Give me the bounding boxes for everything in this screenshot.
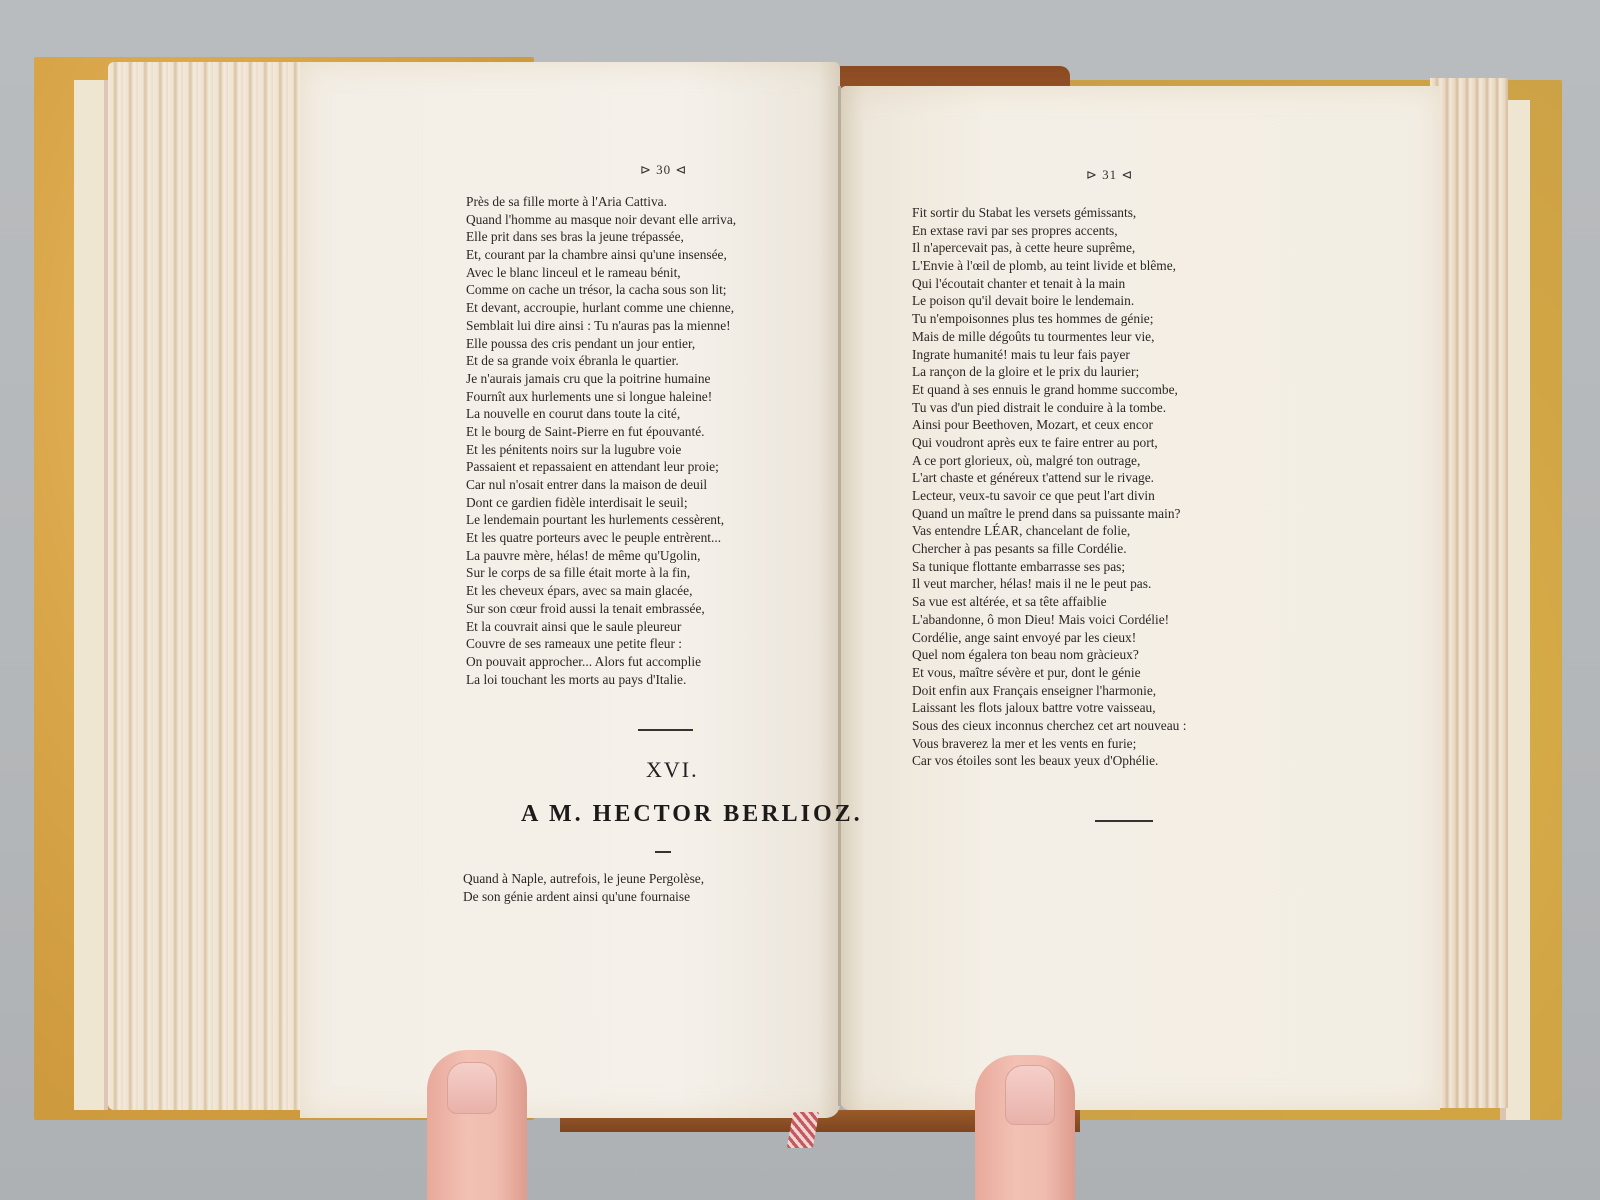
verse-line: Il n'apercevait pas, à cette heure suprê… xyxy=(912,239,1186,257)
verse-line: Tu n'empoisonnes plus tes hommes de géni… xyxy=(912,310,1186,328)
verse-line: Doit enfin aux Français enseigner l'harm… xyxy=(912,682,1186,700)
verse-line: Lecteur, veux-tu savoir ce que peut l'ar… xyxy=(912,487,1186,505)
verse-line: Cordélie, ange saint envoyé par les cieu… xyxy=(912,629,1186,647)
verse-line: Ainsi pour Beethoven, Mozart, et ceux en… xyxy=(912,416,1186,434)
verse-line: Vas entendre LÉAR, chancelant de folie, xyxy=(912,522,1186,540)
verse-line: Et quand à ses ennuis le grand homme suc… xyxy=(912,381,1186,399)
left-running-head: ⊳ 30 ⊲ xyxy=(640,162,687,178)
verse-line: Car vos étoiles sont les beaux yeux d'Op… xyxy=(912,752,1186,770)
verse-line: Quel nom égalera ton beau nom gràcieux? xyxy=(912,646,1186,664)
short-rule xyxy=(655,851,671,853)
verse-line: La nouvelle en courut dans toute la cité… xyxy=(466,405,736,423)
verse-line: Et le bourg de Saint-Pierre en fut épouv… xyxy=(466,423,736,441)
verse-line: Et vous, maître sévère et pur, dont le g… xyxy=(912,664,1186,682)
verse-line: Et devant, accroupie, hurlant comme une … xyxy=(466,299,736,317)
verse-line: On pouvait approcher... Alors fut accomp… xyxy=(466,653,736,671)
page-stack-left xyxy=(108,62,308,1110)
verse-line: Couvre de ses rameaux une petite fleur : xyxy=(466,635,736,653)
verse-line: De son génie ardent ainsi qu'une fournai… xyxy=(463,888,704,906)
verse-line: Et les cheveux épars, avec sa main glacé… xyxy=(466,582,736,600)
verse-line: L'Envie à l'œil de plomb, au teint livid… xyxy=(912,257,1186,275)
verse-line: Sa tunique flottante embarrasse ses pas; xyxy=(912,558,1186,576)
right-running-head: ⊳ 31 ⊲ xyxy=(1086,167,1133,183)
verse-line: Fournît aux hurlements une si longue hal… xyxy=(466,388,736,406)
right-finger xyxy=(975,1055,1075,1200)
verse-line: Passaient et repassaient en attendant le… xyxy=(466,458,736,476)
verse-line: Chercher à pas pesants sa fille Cordélie… xyxy=(912,540,1186,558)
verse-line: Mais de mille dégoûts tu tourmentes leur… xyxy=(912,328,1186,346)
verse-line: Sur le corps de sa fille était morte à l… xyxy=(466,564,736,582)
verse-line: Qui voudront après eux te faire entrer a… xyxy=(912,434,1186,452)
verse-line: Car nul n'osait entrer dans la maison de… xyxy=(466,476,736,494)
verse-line: Avec le blanc linceul et le rameau bénit… xyxy=(466,264,736,282)
section-numeral: XVI. xyxy=(646,757,699,783)
verse-line: Laissant les flots jaloux battre votre v… xyxy=(912,699,1186,717)
verse-line: Sous des cieux inconnus cherchez cet art… xyxy=(912,717,1186,735)
verse-line: Sa vue est altérée, et sa tête affaiblie xyxy=(912,593,1186,611)
verse-line: Le lendemain pourtant les hurlements ces… xyxy=(466,511,736,529)
verse-line: Fit sortir du Stabat les versets gémissa… xyxy=(912,204,1186,222)
verse-line: Quand à Naple, autrefois, le jeune Pergo… xyxy=(463,870,704,888)
verse-line: Il veut marcher, hélas! mais il ne le pe… xyxy=(912,575,1186,593)
verse-line: L'abandonne, ô mon Dieu! Mais voici Cord… xyxy=(912,611,1186,629)
verse-line: Elle poussa des cris pendant un jour ent… xyxy=(466,335,736,353)
left-after-verses: Quand à Naple, autrefois, le jeune Pergo… xyxy=(463,870,704,905)
dedication-title: A M. HECTOR BERLIOZ. xyxy=(521,801,863,828)
right-fingernail xyxy=(1005,1065,1055,1125)
verse-line: Elle prit dans ses bras la jeune trépass… xyxy=(466,228,736,246)
verse-line: Ingrate humanité! mais tu leur fais paye… xyxy=(912,346,1186,364)
verse-line: Dont ce gardien fidèle interdisait le se… xyxy=(466,494,736,512)
page-stack-right xyxy=(1430,78,1508,1108)
verse-line: Je n'aurais jamais cru que la poitrine h… xyxy=(466,370,736,388)
verse-line: Et de sa grande voix ébranla le quartier… xyxy=(466,352,736,370)
verse-line: Vous braverez la mer et les vents en fur… xyxy=(912,735,1186,753)
verse-line: La loi touchant les morts au pays d'Ital… xyxy=(466,671,736,689)
verse-line: Qui l'écoutait chanter et tenait à la ma… xyxy=(912,275,1186,293)
verse-line: La pauvre mère, hélas! de même qu'Ugolin… xyxy=(466,547,736,565)
verse-line: Et les pénitents noirs sur la lugubre vo… xyxy=(466,441,736,459)
verse-line: Sur son cœur froid aussi la tenait embra… xyxy=(466,600,736,618)
verse-line: La rançon de la gloire et le prix du lau… xyxy=(912,363,1186,381)
left-fingernail xyxy=(447,1062,497,1114)
verse-line: Et la couvrait ainsi que le saule pleure… xyxy=(466,618,736,636)
bookmark-ribbon xyxy=(787,1112,819,1148)
verse-line: Près de sa fille morte à l'Aria Cattiva. xyxy=(466,193,736,211)
verse-line: Et, courant par la chambre ainsi qu'une … xyxy=(466,246,736,264)
verse-line: Quand un maître le prend dans sa puissan… xyxy=(912,505,1186,523)
endpaper-left xyxy=(74,80,108,1110)
verse-line: Tu vas d'un pied distrait le conduire à … xyxy=(912,399,1186,417)
left-finger xyxy=(427,1050,527,1200)
closing-rule xyxy=(1095,820,1153,822)
verse-line: Le poison qu'il devait boire le lendemai… xyxy=(912,292,1186,310)
section-rule xyxy=(638,729,693,731)
verse-line: Semblait lui dire ainsi : Tu n'auras pas… xyxy=(466,317,736,335)
verse-line: L'art chaste et généreux t'attend sur le… xyxy=(912,469,1186,487)
gutter xyxy=(838,86,841,1106)
left-verses: Près de sa fille morte à l'Aria Cattiva.… xyxy=(466,193,736,688)
verse-line: Quand l'homme au masque noir devant elle… xyxy=(466,211,736,229)
verse-line: Comme on cache un trésor, la cacha sous … xyxy=(466,281,736,299)
verse-line: Et les quatre porteurs avec le peuple en… xyxy=(466,529,736,547)
verse-line: A ce port glorieux, où, malgré ton outra… xyxy=(912,452,1186,470)
right-verses: Fit sortir du Stabat les versets gémissa… xyxy=(912,204,1186,770)
verse-line: En extase ravi par ses propres accents, xyxy=(912,222,1186,240)
